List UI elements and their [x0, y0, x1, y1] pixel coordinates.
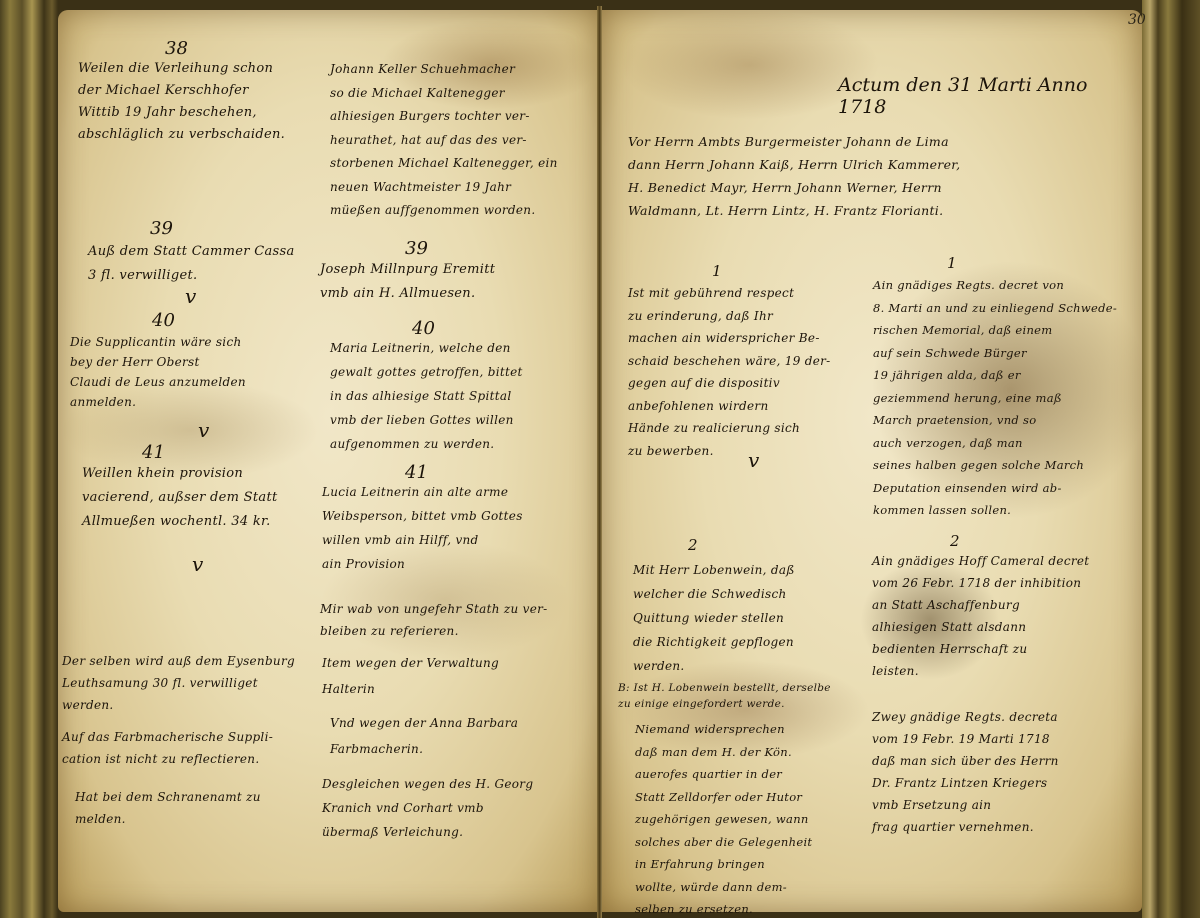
entry-number: 41	[142, 442, 165, 463]
entry-text: Maria Leitnerin, welche den gewalt gotte…	[330, 336, 595, 456]
entry-number: 39	[405, 238, 428, 259]
entry-text: Mit Herr Lobenwein, daß welcher die Schw…	[633, 558, 863, 678]
entry-text: Ist mit gebührend respect zu erinderung,…	[628, 282, 868, 462]
check-mark: v	[192, 552, 203, 576]
entry-number: 39	[150, 218, 173, 239]
page-heading: Actum den 31 Marti Anno 1718	[838, 74, 1138, 118]
book-gutter	[597, 6, 602, 918]
entry-text: Der selben wird auß dem Eysenburg Leuths…	[62, 650, 312, 716]
entry-text: Lucia Leitnerin ain alte arme Weibsperso…	[322, 480, 594, 576]
open-book: 38 Weilen die Verleihung schon der Micha…	[0, 0, 1200, 918]
entry-number: 38	[165, 38, 188, 59]
book-edge-right	[1142, 0, 1200, 918]
check-mark: v	[748, 448, 759, 472]
entry-text: Zwey gnädige Regts. decreta vom 19 Febr.…	[872, 706, 1137, 838]
entry-text: Auf das Farbmacherische Suppli- cation i…	[62, 726, 317, 770]
entry-text: Auß dem Statt Cammer Cassa 3 fl. verwill…	[88, 240, 308, 288]
entry-text: Item wegen der Verwaltung Halterin	[322, 650, 592, 702]
page-number: 30	[1128, 12, 1146, 28]
entry-text: Die Supplicantin wäre sich bey der Herr …	[70, 332, 310, 412]
entry-text: Johann Keller Schuehmacher so die Michae…	[330, 58, 595, 223]
entry-number: 40	[152, 310, 175, 331]
entry-text: Joseph Millnpurg Eremitt vmb ain H. Allm…	[320, 258, 590, 306]
entry-text: Weilen die Verleihung schon der Michael …	[78, 58, 313, 146]
entry-number: 2	[688, 536, 698, 554]
entry-text: Ain gnädiges Regts. decret von 8. Marti …	[873, 274, 1143, 522]
check-mark: v	[198, 418, 209, 442]
entry-text: Ain gnädiges Hoff Cameral decret vom 26 …	[872, 550, 1137, 682]
entry-text: Vnd wegen der Anna Barbara Farbmacherin.	[330, 710, 595, 762]
entry-text: Hat bei dem Schranenamt zu melden.	[75, 786, 315, 830]
preamble-text: Vor Herrn Ambts Burgermeister Johann de …	[628, 130, 1133, 222]
entry-number: 1	[947, 254, 957, 272]
entry-text: Desgleichen wegen des H. Georg Kranich v…	[322, 772, 594, 844]
entry-text: Niemand widersprechen daß man dem H. der…	[635, 718, 865, 918]
entry-text: Mir wab von ungefehr Stath zu ver- bleib…	[320, 598, 595, 642]
entry-text: Weillen khein provision vacierend, außse…	[82, 462, 307, 534]
entry-number: 2	[950, 532, 960, 550]
check-mark: v	[185, 284, 196, 308]
entry-number: 1	[712, 262, 722, 280]
